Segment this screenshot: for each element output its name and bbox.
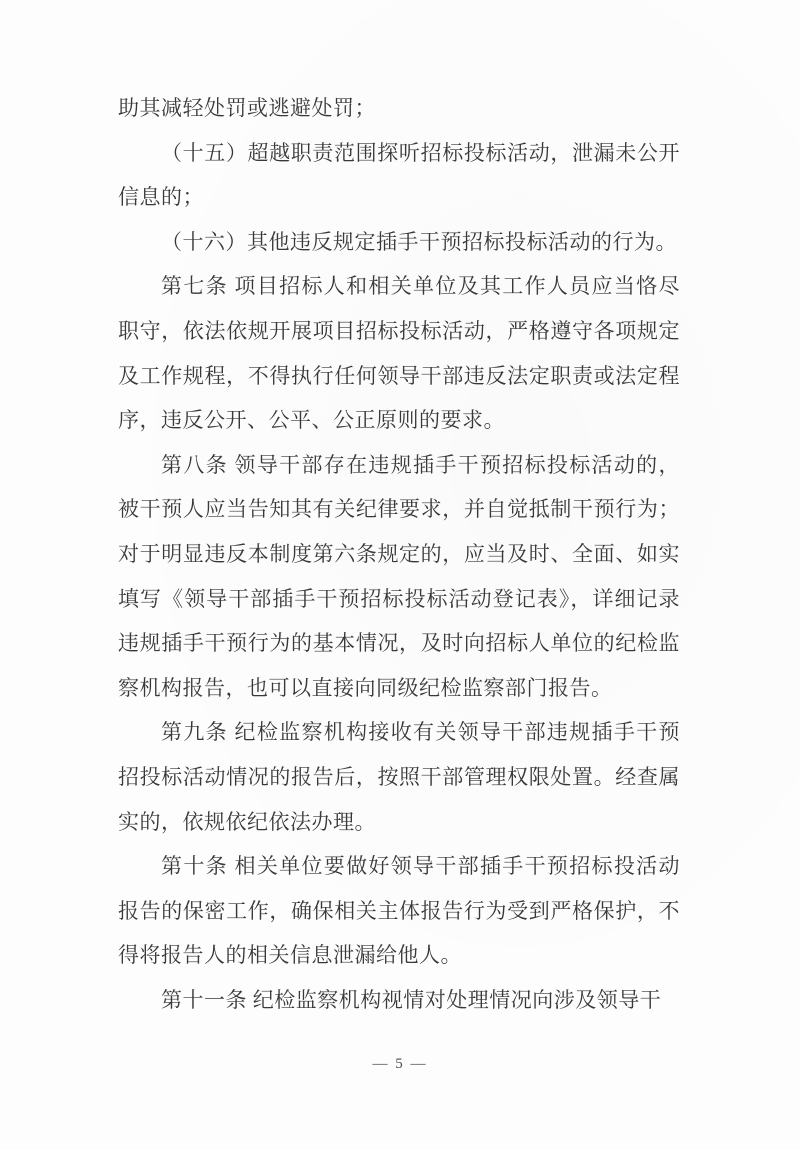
text-line: 序，违反公开、公平、公正原则的要求。 [118,398,680,443]
text-line: 第十条 相关单位要做好领导干部插手干预招标投活动 [118,844,680,889]
paragraph: 助其减轻处罚或逃避处罚； [118,86,680,131]
paragraph: （十六）其他违反规定插手干预招标投标活动的行为。 [118,220,680,265]
paragraph: 第七条 项目招标人和相关单位及其工作人员应当恪尽职守，依法依规开展项目招标投标活… [118,264,680,442]
text-line: 职守，依法依规开展项目招标投标活动，严格遵守各项规定 [118,309,680,354]
text-line: 及工作规程，不得执行任何领导干部违反法定职责或法定程 [118,354,680,399]
paragraph: 第八条 领导干部存在违规插手干预招标投标活动的，被干预人应当告知其有关纪律要求，… [118,443,680,711]
paragraph: （十五）超越职责范围探听招标投标活动，泄漏未公开信息的； [118,131,680,220]
text-line: 填写《领导干部插手干预招标投标活动登记表》，详细记录 [118,577,680,622]
text-line: 得将报告人的相关信息泄漏给他人。 [118,933,680,978]
text-line: 信息的； [118,175,680,220]
text-line: 助其减轻处罚或逃避处罚； [118,86,680,131]
text-line: （十五）超越职责范围探听招标投标活动，泄漏未公开 [118,131,680,176]
text-line: （十六）其他违反规定插手干预招标投标活动的行为。 [118,220,680,265]
text-line: 被干预人应当告知其有关纪律要求，并自觉抵制干预行为； [118,487,680,532]
text-line: 察机构报告，也可以直接向同级纪检监察部门报告。 [118,666,680,711]
page-number: — 5 — [0,1056,800,1073]
text-line: 第十一条 纪检监察机构视情对处理情况向涉及领导干 [118,978,680,1023]
text-line: 第八条 领导干部存在违规插手干预招标投标活动的， [118,443,680,488]
paragraph: 第九条 纪检监察机构接收有关领导干部违规插手干预招投标活动情况的报告后，按照干部… [118,710,680,844]
text-line: 招投标活动情况的报告后，按照干部管理权限处置。经查属 [118,755,680,800]
text-line: 报告的保密工作，确保相关主体报告行为受到严格保护，不 [118,889,680,934]
text-line: 第九条 纪检监察机构接收有关领导干部违规插手干预 [118,710,680,755]
text-line: 违规插手干预行为的基本情况，及时向招标人单位的纪检监 [118,621,680,666]
text-line: 对于明显违反本制度第六条规定的，应当及时、全面、如实 [118,532,680,577]
document-body: 助其减轻处罚或逃避处罚；（十五）超越职责范围探听招标投标活动，泄漏未公开信息的；… [118,86,680,1022]
text-line: 第七条 项目招标人和相关单位及其工作人员应当恪尽 [118,264,680,309]
paragraph: 第十一条 纪检监察机构视情对处理情况向涉及领导干 [118,978,680,1023]
paragraph: 第十条 相关单位要做好领导干部插手干预招标投活动报告的保密工作，确保相关主体报告… [118,844,680,978]
scanned-page: 助其减轻处罚或逃避处罚；（十五）超越职责范围探听招标投标活动，泄漏未公开信息的；… [0,0,800,1150]
text-line: 实的，依规依纪依法办理。 [118,800,680,845]
